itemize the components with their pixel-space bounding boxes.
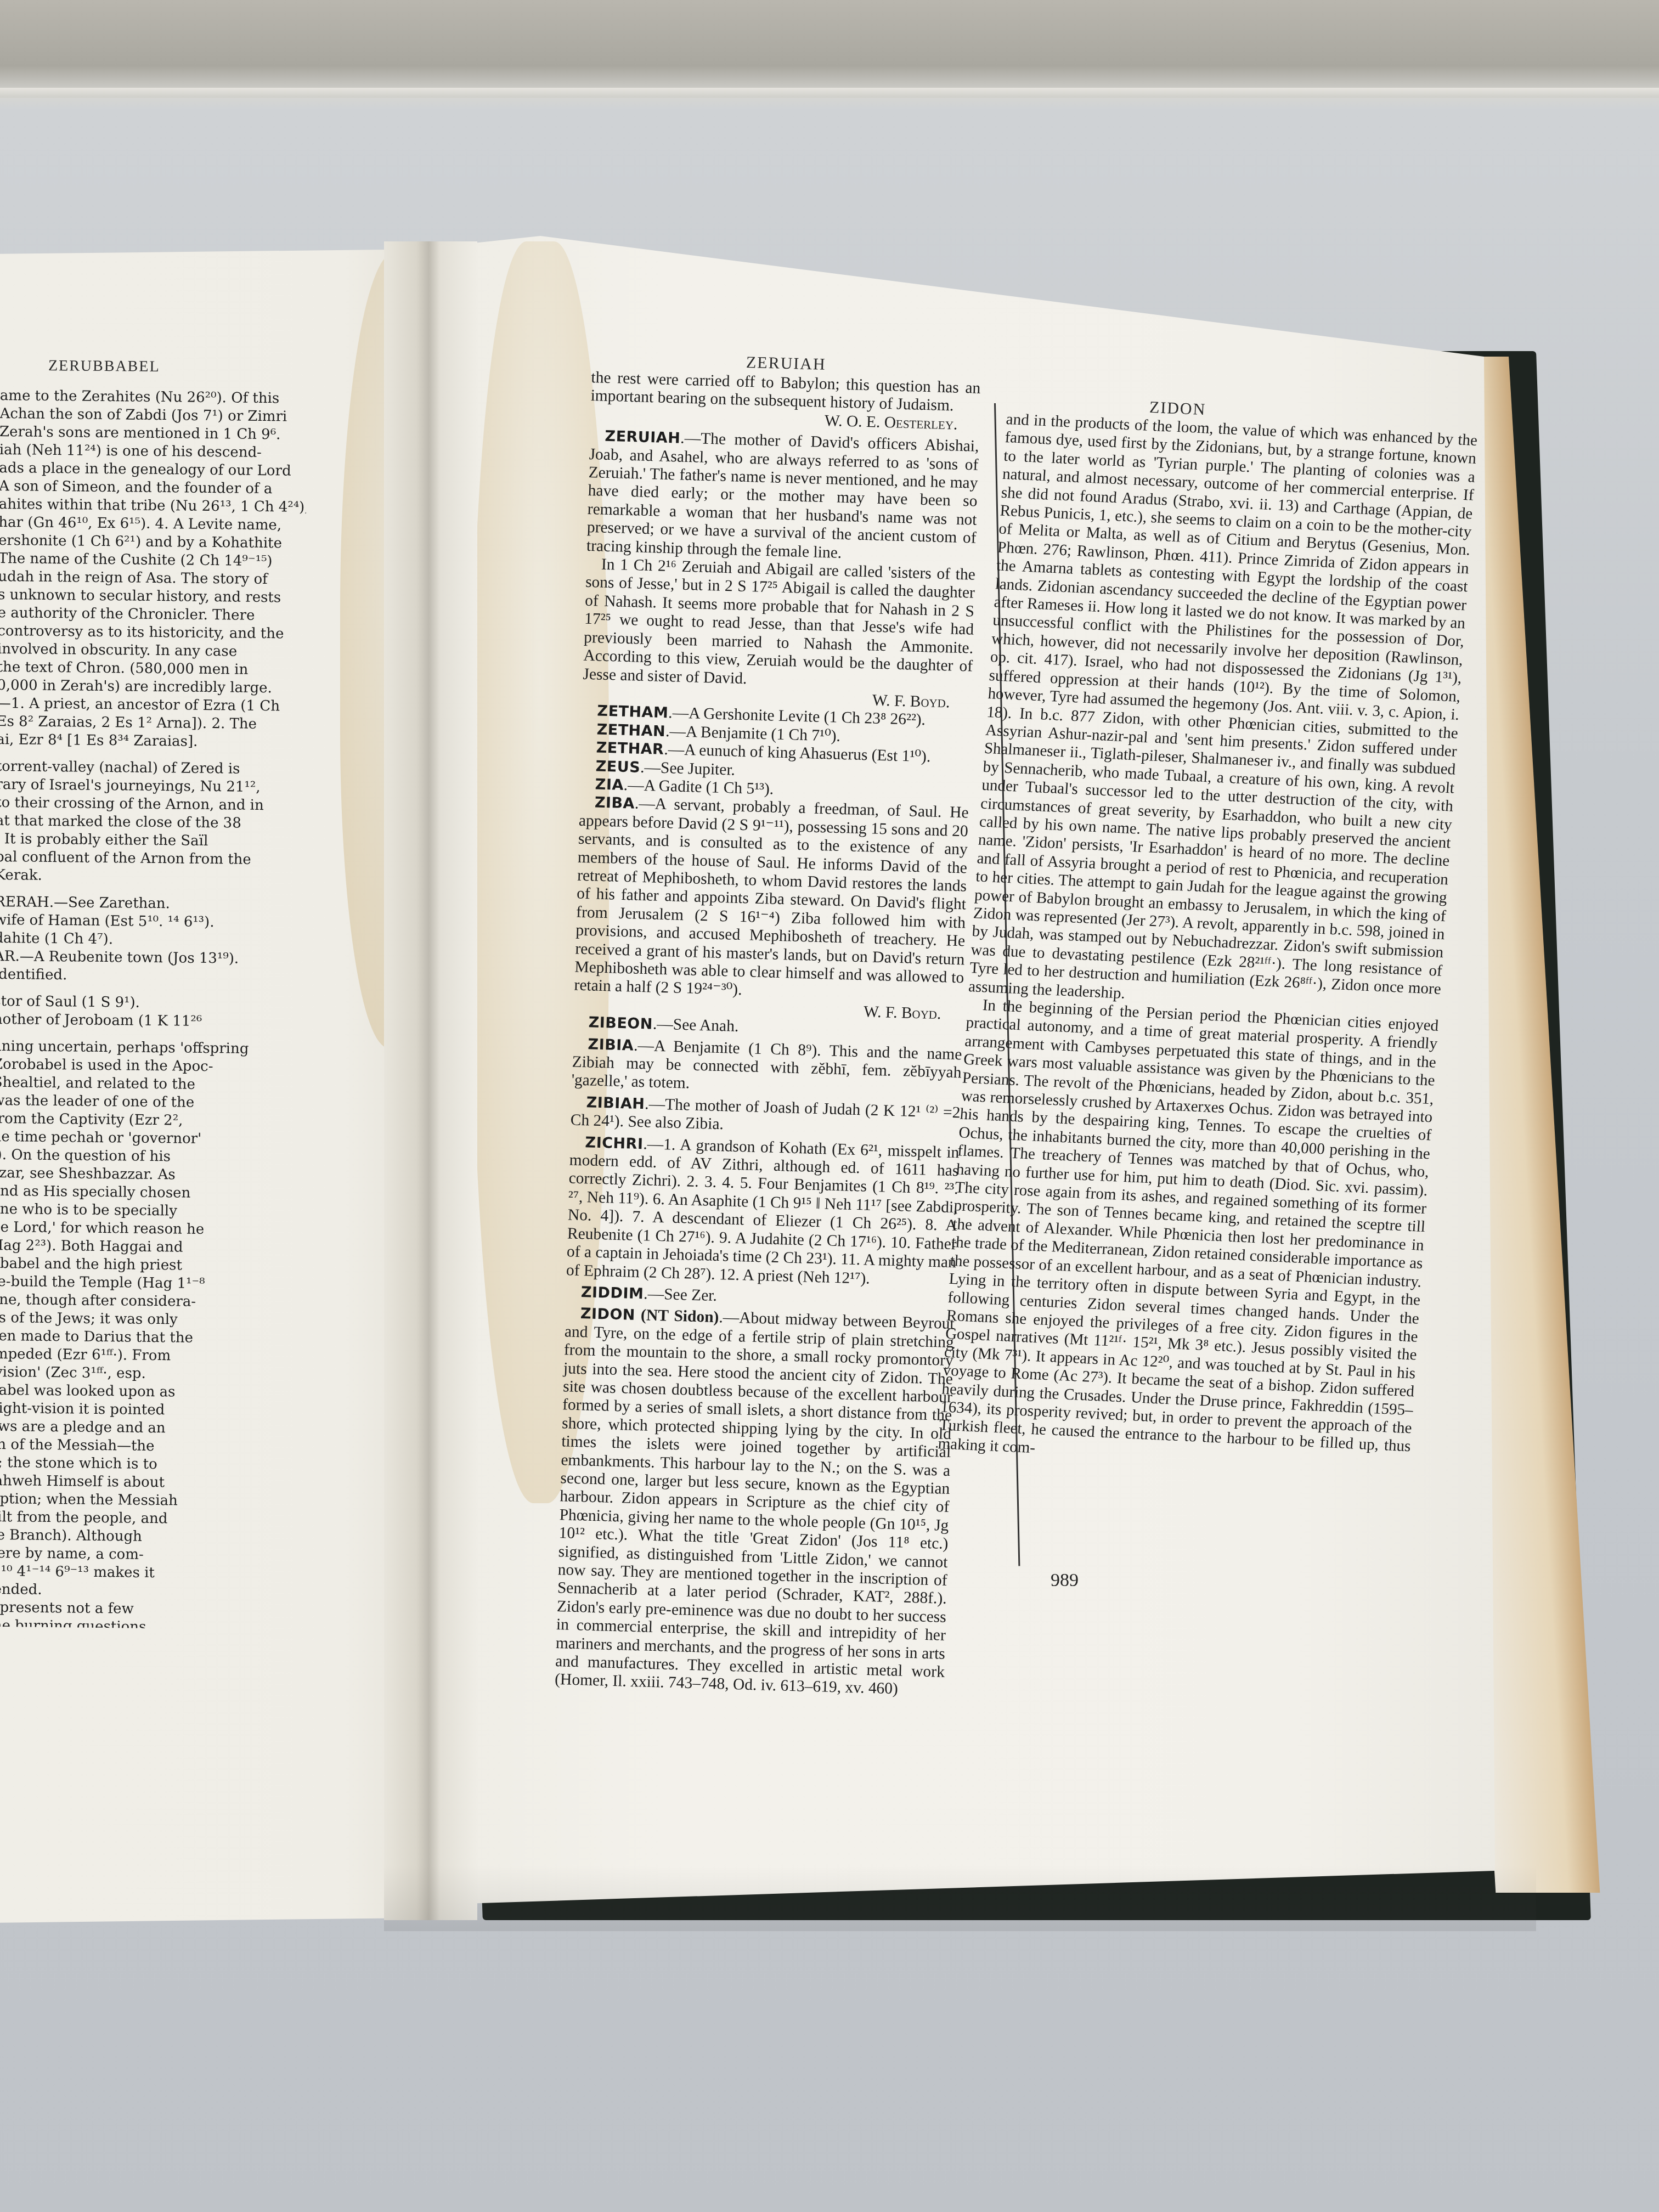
entry-zidon: ZIDON (NT Sidon).—About midway between B… <box>555 1305 955 1700</box>
zidon-continued-para2: In the beginning of the Persian period t… <box>938 996 1439 1475</box>
column-2: and in the products of the loom, the val… <box>938 410 1478 1474</box>
text-line: babel was looked upon as <box>0 1381 297 1403</box>
text-line: Jahweh Himself is about <box>0 1472 296 1493</box>
text-line: one who is to be specially <box>0 1200 298 1222</box>
text-line: one, though after considera- <box>0 1291 298 1312</box>
left-running-head: ZERUBBABEL <box>48 357 160 376</box>
headword: ZETHAM <box>597 703 669 722</box>
entry-zichri: ZICHRI.—1. A grandson of Kohath (Ex 6²¹,… <box>566 1133 960 1290</box>
text-line: ription; when the Messiah <box>0 1490 296 1511</box>
headword: ZIBA <box>594 794 635 812</box>
book-gutter <box>384 241 477 1920</box>
headword: ZIDON <box>580 1305 635 1324</box>
text-line: ee Branch). Although <box>0 1526 295 1548</box>
zidon-continued-para1: and in the products of the loom, the val… <box>968 410 1478 1017</box>
headword: ZIBIAH <box>586 1094 645 1113</box>
headword: ZICHRI <box>585 1134 644 1153</box>
headword: ZIBEON <box>588 1014 653 1033</box>
page-shadow <box>384 1865 1536 1931</box>
entry-ziba: ZIBA.—A servant, probably a freedman, of… <box>574 793 969 1006</box>
text-line: Hag 2²³). Both Haggai and <box>0 1237 298 1258</box>
text-line: tended. <box>0 1581 295 1602</box>
text-line: ⁸⁻¹⁰ 4¹⁻¹⁴ 6⁹⁻¹³ makes it <box>0 1562 295 1584</box>
entry-zeruiah: ZERUIAH.—The mother of David's officers … <box>586 427 979 566</box>
text-line: een made to Darius that the <box>0 1327 297 1348</box>
headword: ZIBIA <box>588 1036 634 1054</box>
text-line: identified. <box>0 966 301 987</box>
entry-zibia: ZIBIA.—A Benjamite (1 Ch 8⁹). This and t… <box>571 1035 962 1101</box>
text-line: night-vision it is pointed <box>0 1400 297 1421</box>
text-line: he Lord,' for which reason he <box>0 1218 298 1240</box>
text-line: nother of Jeroboam (1 K 11²⁶ <box>0 1011 301 1032</box>
entry-zeruiah-para2: In 1 Ch 2¹⁶ Zeruiah and Abigail are call… <box>583 555 975 695</box>
text-line: ows are a pledge and an <box>0 1418 296 1439</box>
page-number: 989 <box>1051 1570 1079 1591</box>
shelf-edge <box>0 88 1659 98</box>
text-line: uilt from the people, and <box>0 1508 296 1530</box>
headword: ZEUS <box>595 758 640 776</box>
text-line: here by name, a com- <box>0 1544 295 1566</box>
text-line: ai, Ezr 8⁴ [1 Es 8³⁴ Zaraias]. <box>0 731 303 752</box>
running-head-zeruiah: ZERUIAH <box>746 353 827 374</box>
text-line: re-build the Temple (Hag 1¹⁻⁸ <box>0 1273 298 1294</box>
headword: ZIDDIM <box>581 1284 644 1302</box>
text-line: -vision' (Zec 3¹ᶠᶠ·, esp. <box>0 1363 297 1385</box>
text-line: es of the Jews; it was only <box>0 1309 297 1330</box>
text-line: d; the stone which is to <box>0 1454 296 1475</box>
headword: ZETHAR <box>596 740 664 758</box>
left-page-text: ame to the Zerahites (Nu 26²⁰). Of thisA… <box>0 387 307 1630</box>
headword: ZETHAN <box>596 721 665 740</box>
headword: ZERUIAH <box>605 428 681 447</box>
text-line: bbabel and the high priest <box>0 1255 298 1276</box>
text-line: impeded (Ezr 6¹ᶠᶠ·). From <box>0 1345 297 1367</box>
entry-zibiah: ZIBIAH.—The mother of Joash of Judah (2 … <box>570 1093 961 1141</box>
headword: ZIA <box>595 776 624 793</box>
running-head-zidon: ZIDON <box>1149 398 1206 419</box>
text-line: ch of the Messiah—the <box>0 1436 296 1457</box>
text-line: bal confluent of the Arnon from the <box>0 848 302 870</box>
text-line: y presents not a few <box>0 1599 295 1620</box>
column-1: the rest were carried off to Babylon; th… <box>555 369 981 1700</box>
